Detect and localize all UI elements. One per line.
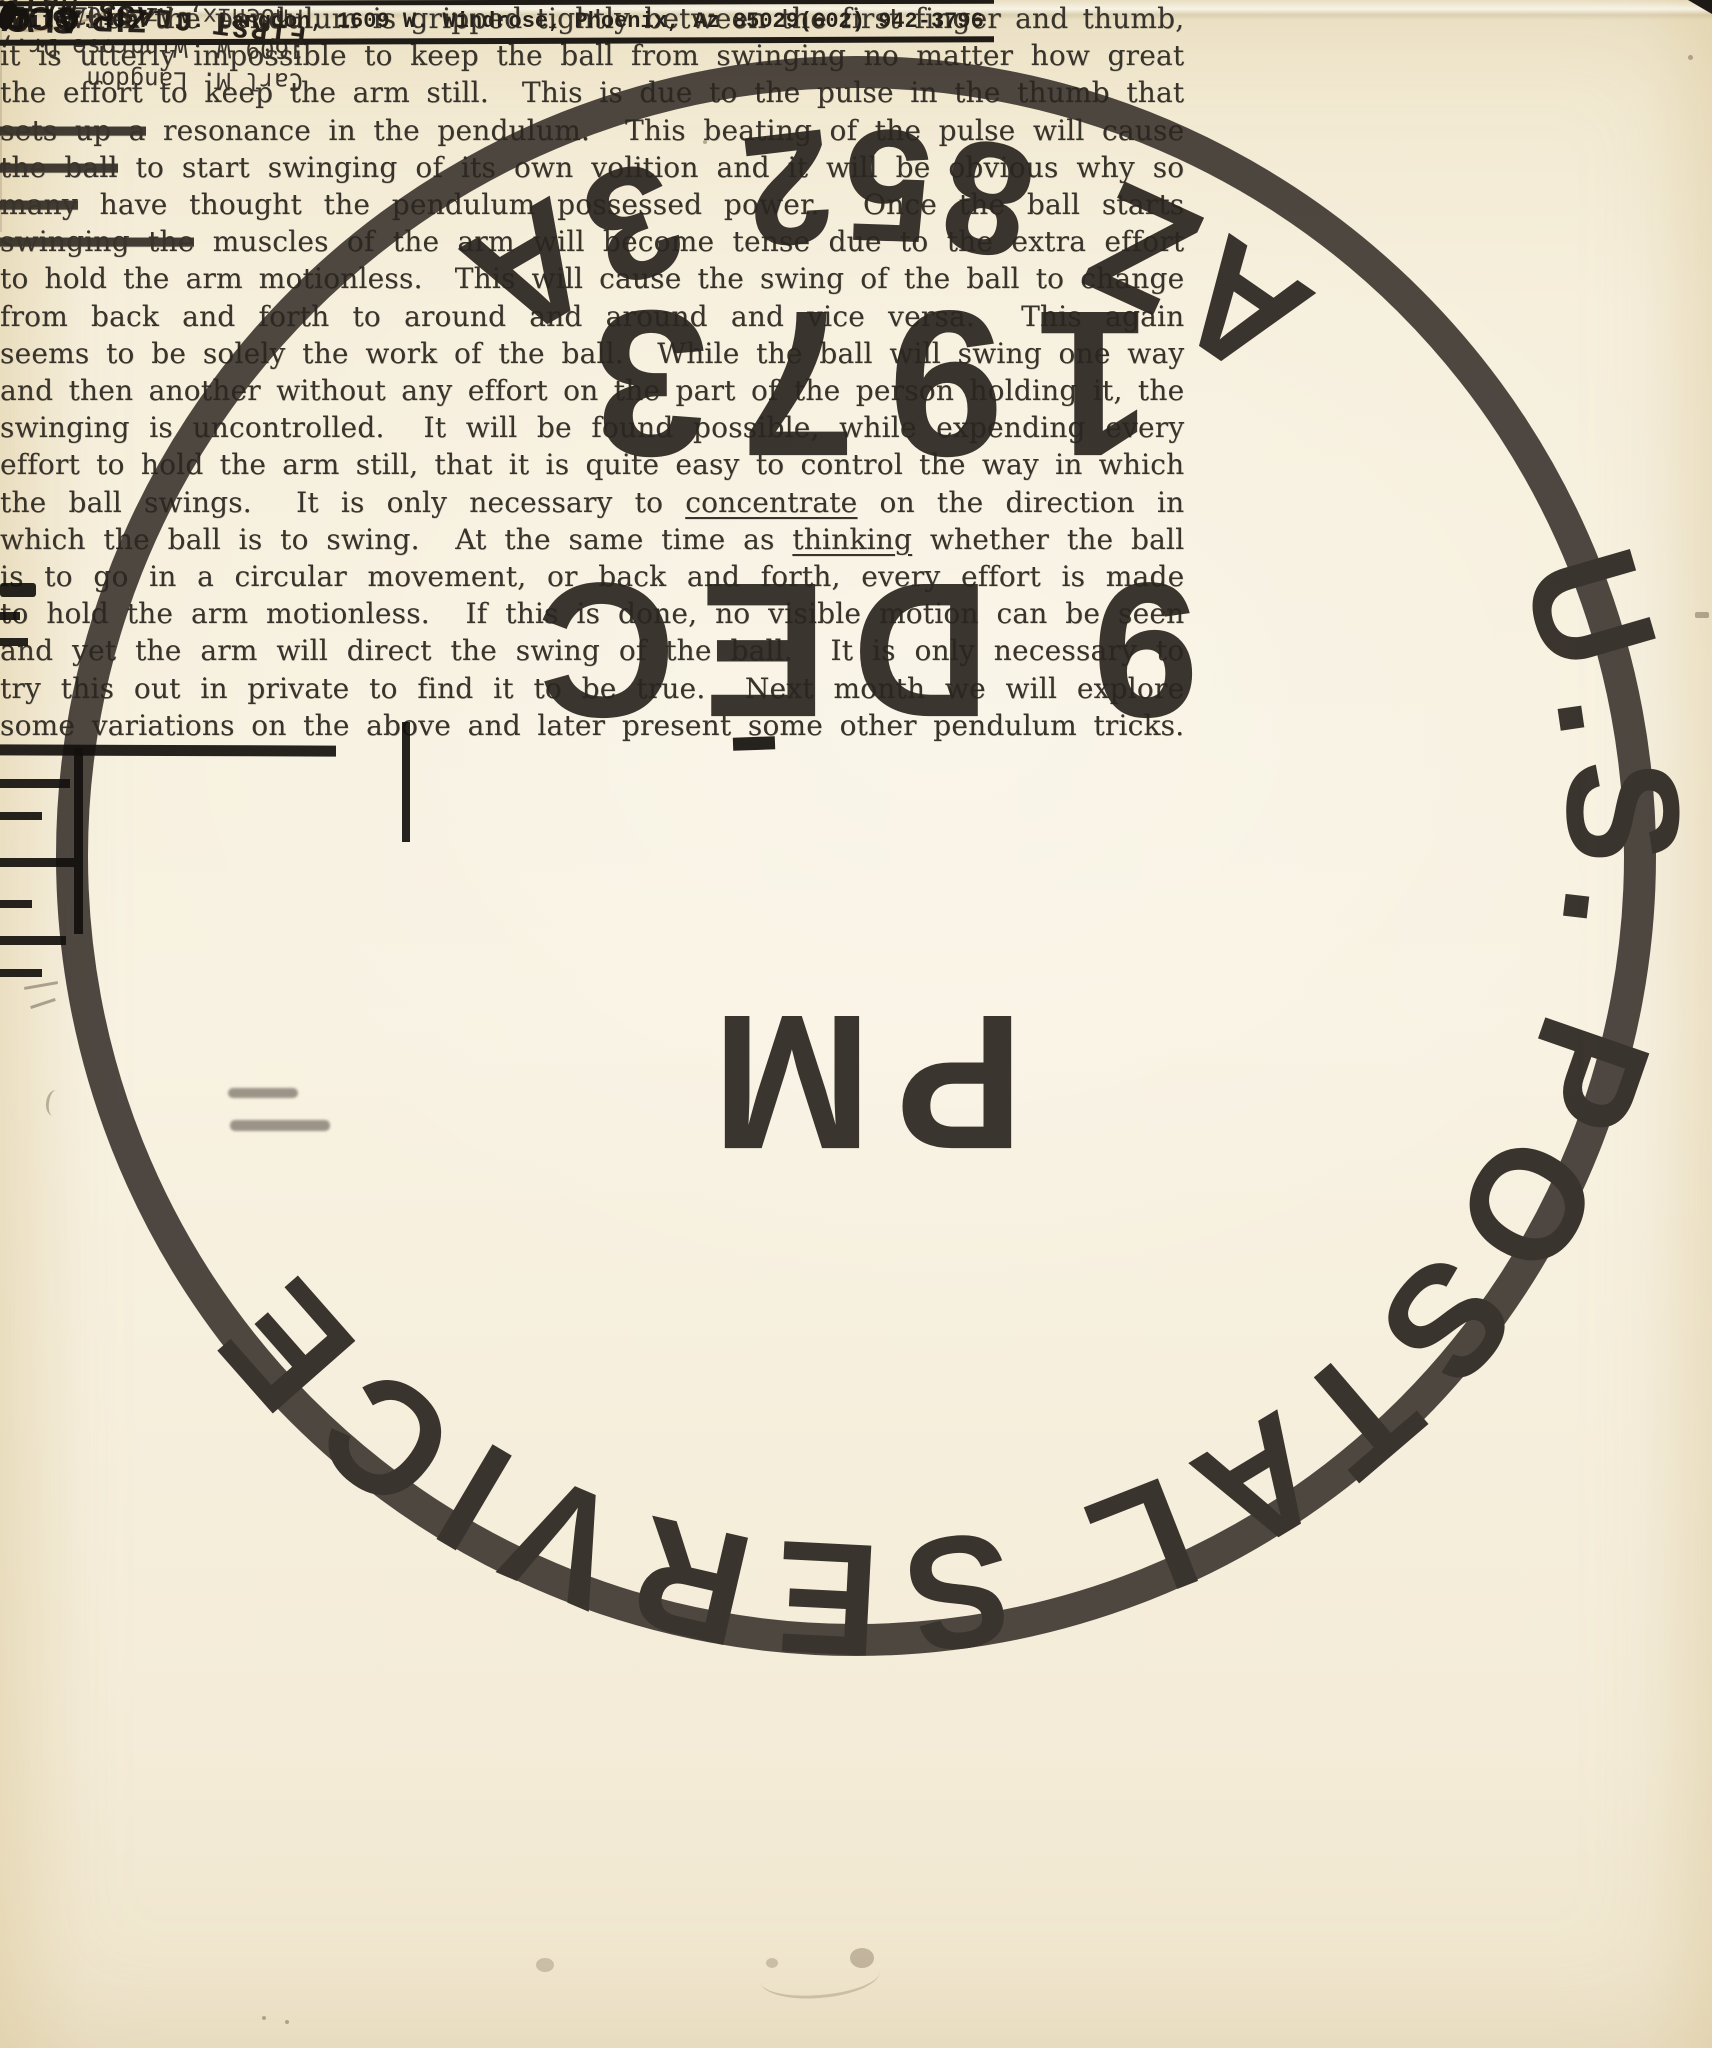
cancel-edge-bar	[0, 900, 32, 908]
cancel-edge-bar	[0, 812, 42, 820]
slogan-cancel-fragment: ALW	[0, 0, 82, 40]
cancel-vertical-mark	[402, 722, 410, 842]
paper-speck	[262, 2016, 266, 2020]
cancel-edge-bar	[0, 858, 74, 867]
postmark-meridiem: PM	[688, 975, 1024, 1190]
cancel-edge-bar	[0, 612, 20, 620]
cancel-edge-bar	[0, 969, 42, 977]
paper-speck	[285, 2020, 289, 2024]
smudge-mark	[536, 1958, 554, 1972]
cancel-edge-bar	[0, 936, 66, 945]
cancel-vertical-bar	[74, 748, 83, 934]
envelope-scan: Mr. Brad Zinn FIRST CLASS MAIL 8c EISENH…	[0, 0, 1712, 2048]
postmark-year: 1973	[561, 267, 1152, 499]
cancel-edge-bar	[0, 779, 70, 788]
postmark-circle: U.S. POSTAL SERVICE AZ 852 3A PM 9 DEC 1…	[0, 0, 1712, 1712]
smudge-curve	[758, 1950, 881, 2003]
cancel-edge-bar	[0, 638, 28, 646]
cancel-bar-fragment	[733, 736, 775, 750]
postmark-date: 9 DEC	[513, 543, 1199, 758]
cancel-edge-bar	[0, 583, 36, 597]
cancel-killer-bar	[0, 744, 336, 756]
